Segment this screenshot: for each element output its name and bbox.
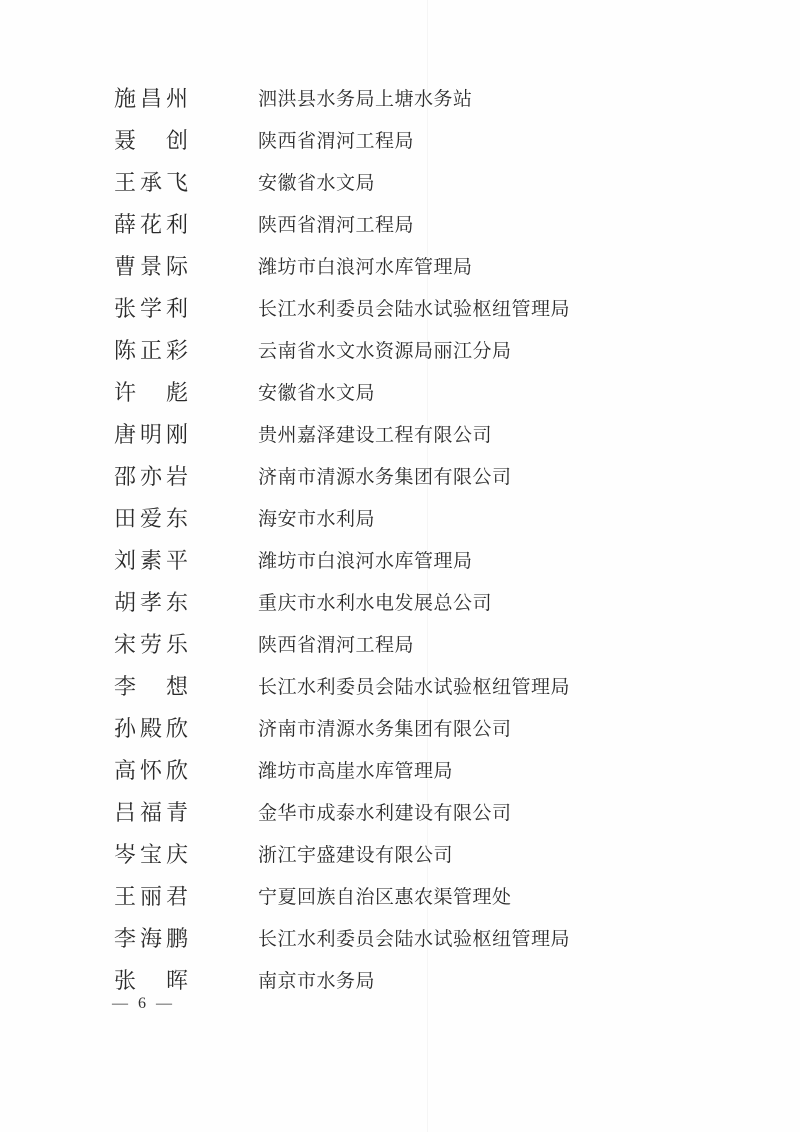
roster-row: 王承飞 安徽省水文局 [114,170,734,212]
roster-row: 王丽君 宁夏回族自治区惠农渠管理处 [114,884,734,926]
organization-name: 潍坊市白浪河水库管理局 [258,254,473,281]
organization-name: 云南省水文水资源局丽江分局 [258,338,512,365]
person-name: 许彪 [114,380,188,406]
roster-row: 吕福青 金华市成泰水利建设有限公司 [114,800,734,842]
organization-name: 贵州嘉泽建设工程有限公司 [258,422,492,449]
organization-name: 浙江宇盛建设有限公司 [258,842,453,869]
roster-row: 曹景际 潍坊市白浪河水库管理局 [114,254,734,296]
organization-name: 重庆市水利水电发展总公司 [258,590,492,617]
page-number-text: — 6 — [112,995,175,1012]
organization-name: 安徽省水文局 [258,380,375,407]
person-name: 陈正彩 [114,338,188,364]
person-name: 刘素平 [114,548,188,574]
person-name: 李想 [114,674,188,700]
person-name: 岑宝庆 [114,842,188,868]
organization-name: 潍坊市高崖水库管理局 [258,758,453,785]
roster-row: 高怀欣 潍坊市高崖水库管理局 [114,758,734,800]
roster-row: 孙殿欣 济南市清源水务集团有限公司 [114,716,734,758]
roster-row: 邵亦岩 济南市清源水务集团有限公司 [114,464,734,506]
person-name: 王丽君 [114,884,188,910]
organization-name: 宁夏回族自治区惠农渠管理处 [258,884,512,911]
organization-name: 潍坊市白浪河水库管理局 [258,548,473,575]
roster-row: 张学利 长江水利委员会陆水试验枢纽管理局 [114,296,734,338]
roster-row: 聂创 陕西省渭河工程局 [114,128,734,170]
page-number: — 6 — [112,995,175,1013]
document-page: 施昌州 泗洪县水务局上塘水务站 聂创 陕西省渭河工程局 王承飞 安徽省水文局 薛… [0,0,800,1132]
person-name: 孙殿欣 [114,716,188,742]
person-name: 李海鹏 [114,926,188,952]
organization-name: 陕西省渭河工程局 [258,128,414,155]
roster-row: 许彪 安徽省水文局 [114,380,734,422]
organization-name: 济南市清源水务集团有限公司 [258,464,512,491]
person-name: 曹景际 [114,254,188,280]
roster-row: 陈正彩 云南省水文水资源局丽江分局 [114,338,734,380]
organization-name: 济南市清源水务集团有限公司 [258,716,512,743]
organization-name: 南京市水务局 [258,968,375,995]
organization-name: 陕西省渭河工程局 [258,632,414,659]
organization-name: 泗洪县水务局上塘水务站 [258,86,473,113]
award-roster-list: 施昌州 泗洪县水务局上塘水务站 聂创 陕西省渭河工程局 王承飞 安徽省水文局 薛… [114,86,734,1010]
roster-row: 李想 长江水利委员会陆水试验枢纽管理局 [114,674,734,716]
roster-row: 胡孝东 重庆市水利水电发展总公司 [114,590,734,632]
person-name: 施昌州 [114,86,188,112]
person-name: 薛花利 [114,212,188,238]
person-name: 宋劳乐 [114,632,188,658]
person-name: 王承飞 [114,170,188,196]
organization-name: 长江水利委员会陆水试验枢纽管理局 [258,296,570,323]
roster-row: 刘素平 潍坊市白浪河水库管理局 [114,548,734,590]
roster-row: 薛花利 陕西省渭河工程局 [114,212,734,254]
roster-row: 张晖 南京市水务局 [114,968,734,1010]
organization-name: 安徽省水文局 [258,170,375,197]
person-name: 邵亦岩 [114,464,188,490]
roster-row: 施昌州 泗洪县水务局上塘水务站 [114,86,734,128]
person-name: 胡孝东 [114,590,188,616]
person-name: 张晖 [114,968,188,994]
organization-name: 陕西省渭河工程局 [258,212,414,239]
roster-row: 唐明刚 贵州嘉泽建设工程有限公司 [114,422,734,464]
organization-name: 金华市成泰水利建设有限公司 [258,800,512,827]
organization-name: 长江水利委员会陆水试验枢纽管理局 [258,926,570,953]
organization-name: 长江水利委员会陆水试验枢纽管理局 [258,674,570,701]
organization-name: 海安市水利局 [258,506,375,533]
person-name: 田爱东 [114,506,188,532]
roster-row: 岑宝庆 浙江宇盛建设有限公司 [114,842,734,884]
person-name: 唐明刚 [114,422,188,448]
roster-row: 田爱东 海安市水利局 [114,506,734,548]
roster-row: 李海鹏 长江水利委员会陆水试验枢纽管理局 [114,926,734,968]
roster-row: 宋劳乐 陕西省渭河工程局 [114,632,734,674]
person-name: 吕福青 [114,800,188,826]
person-name: 张学利 [114,296,188,322]
person-name: 聂创 [114,128,188,154]
person-name: 高怀欣 [114,758,188,784]
